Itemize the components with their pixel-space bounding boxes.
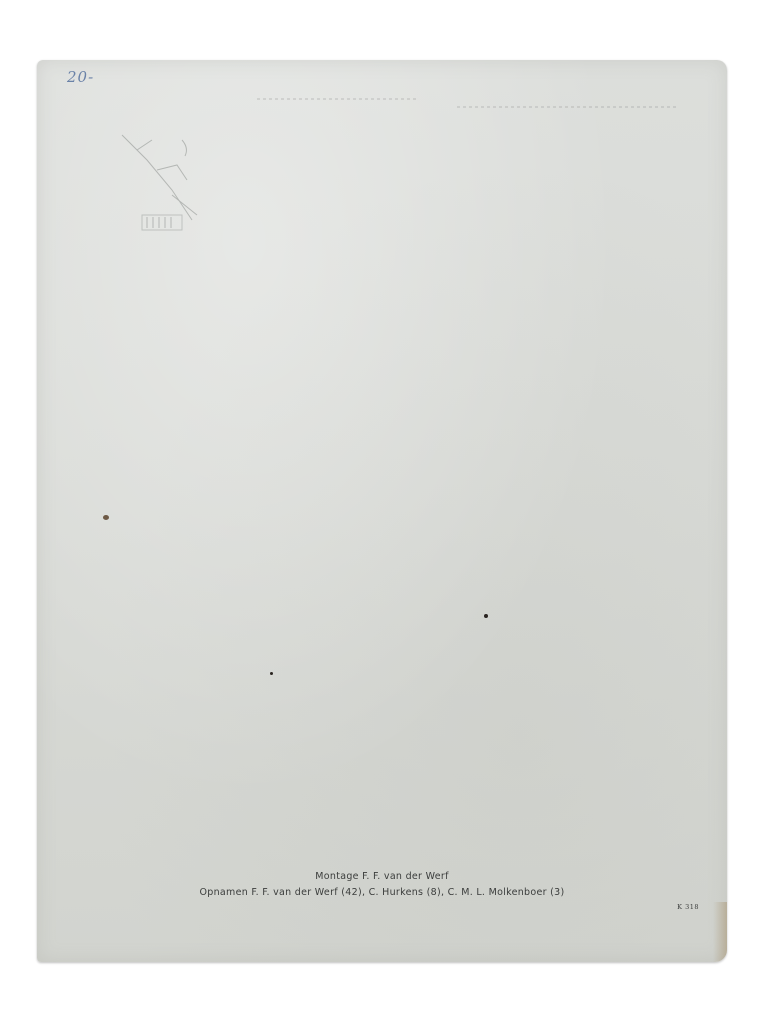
paper-spot [103,515,109,520]
back-cover-page: 20- Montage F. F. van der Werf Opnamen F… [37,60,727,962]
montage-credit: Montage F. F. van der Werf [37,869,727,884]
photo-background: 20- Montage F. F. van der Werf Opnamen F… [0,0,768,1024]
catalog-code: K 318 [677,903,699,911]
show-through-print [257,92,697,122]
photo-credits: Opnamen F. F. van der Werf (42), C. Hurk… [37,885,727,900]
paper-spot [270,672,273,675]
paper-spot [484,614,488,618]
handwritten-price-note: 20- [67,68,94,86]
faint-pencil-sketch [117,120,227,240]
